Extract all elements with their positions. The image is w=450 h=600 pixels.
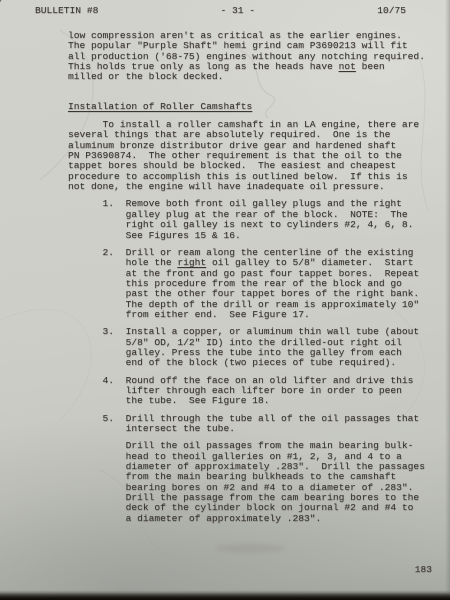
text-line: a diameter of approximately .283". <box>68 514 444 524</box>
step-5: 5. Drill through the tube all of the oil… <box>68 414 444 435</box>
intro-lines-a: low compression aren't as critical as th… <box>68 31 444 62</box>
issue-date: 10/75 <box>377 6 406 16</box>
step-2: 2. Drill or ream along the centerline of… <box>68 248 444 320</box>
text-segment: been <box>356 61 385 72</box>
text-segment: This holds true only as long as the head… <box>68 61 339 72</box>
step-5-continuation: Drill the oil passages from the main bea… <box>68 441 444 524</box>
bulletin-number: BULLETIN #8 <box>35 6 98 16</box>
underlined-word: right <box>177 257 206 268</box>
text-line: milled or the block decked. <box>68 72 444 82</box>
step-2-lines-b: at the front and go past four tappet bor… <box>68 269 444 321</box>
underlined-word: not <box>339 61 356 72</box>
photo-corner-mark <box>0 0 3 17</box>
text-line: not done, the engine will have inadequat… <box>68 182 444 192</box>
page-header: BULLETIN #8 - 31 - 10/75 <box>35 6 406 16</box>
installation-paragraph: To install a roller camshaft in an LA en… <box>68 120 444 192</box>
intro-paragraph: low compression aren't as critical as th… <box>68 31 444 83</box>
step-1: 1. Remove both front oil galley plugs an… <box>68 199 444 240</box>
paper-right-edge-shadow <box>445 0 450 600</box>
text-segment: oil galley to 5/8" diameter. Start <box>206 257 413 268</box>
step-3: 3. Install a copper, or aluminum thin wa… <box>68 327 444 368</box>
text-line: right oil galley is next to cylinders #2… <box>68 220 444 230</box>
section-heading: Installation of Roller Camshafts <box>68 102 444 112</box>
text-line: See Figures 15 & 16. <box>68 231 444 241</box>
page-marker: - 31 - <box>221 6 256 16</box>
page-number: 183 <box>415 565 432 575</box>
document-body: low compression aren't as critical as th… <box>68 31 444 524</box>
intro-lines-b: milled or the block decked. <box>68 72 444 82</box>
text-line: from either end. See Figure 17. <box>68 310 444 320</box>
table-background-edge <box>0 590 450 600</box>
text-line: intersect the tube. <box>68 424 444 434</box>
text-line: the tube. See Figure 18. <box>68 396 444 406</box>
scanned-document-page: BULLETIN #8 - 31 - 10/75 low compression… <box>0 0 450 600</box>
paper-smudge <box>215 544 285 553</box>
text-line: past the other four tappet bores of the … <box>68 289 444 299</box>
text-line: hole the right oil galley to 5/8" diamet… <box>68 258 444 268</box>
step-4: 4. Round off the face on an old lifter a… <box>68 376 444 407</box>
text-line: end of the block (two pieces of tube req… <box>68 358 444 368</box>
text-segment: hole the <box>68 257 177 268</box>
